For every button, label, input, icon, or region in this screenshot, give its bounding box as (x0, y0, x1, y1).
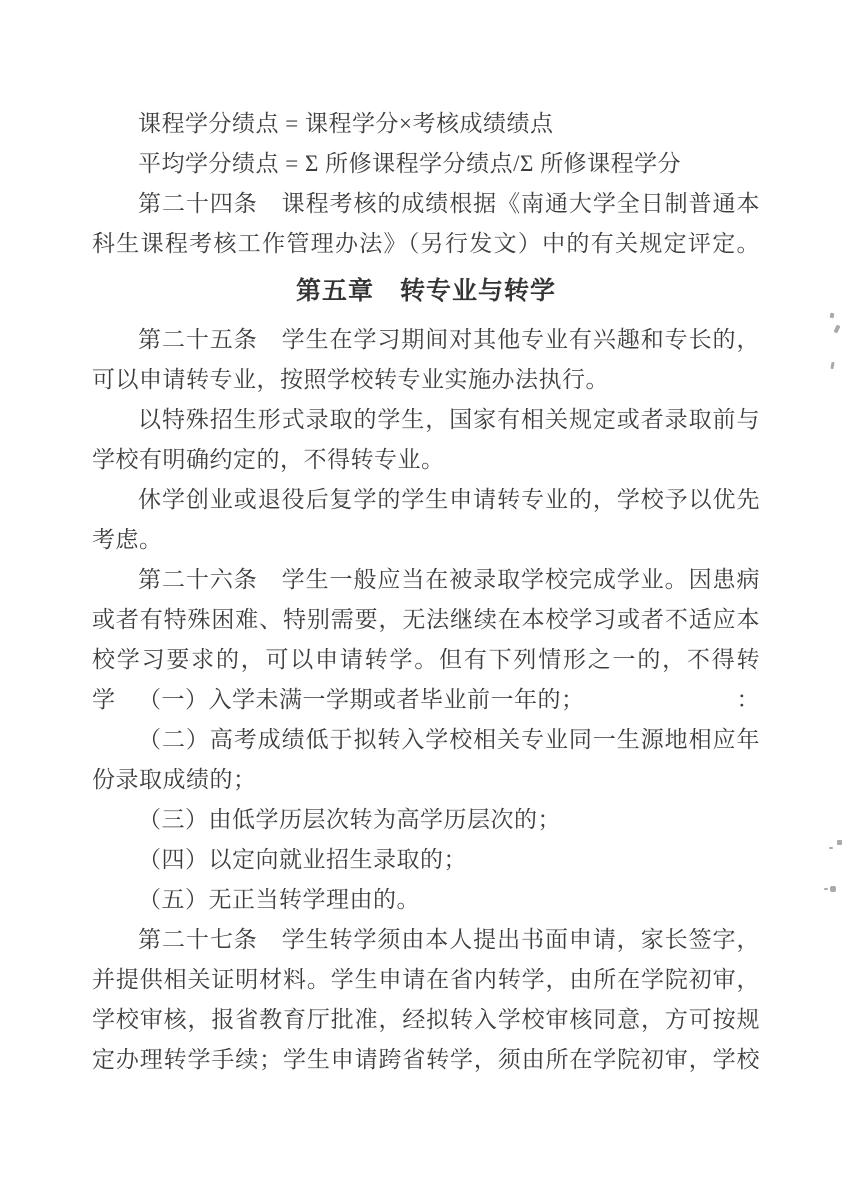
article-25-line: 以特殊招生形式录取的学生，国家有相关规定或者录取前与 (92, 400, 760, 440)
scan-speck (834, 325, 841, 334)
clause-3-line: （三）由低学历层次转为高学历层次的； (92, 800, 760, 840)
article-26-line: 校学习要求的，可以申请转学。但有下列情形之一的，不得转学： (92, 640, 760, 680)
clause-2-line: 份录取成绩的； (92, 760, 760, 800)
article-25-line: 可以申请转专业，按照学校转专业实施办法执行。 (92, 360, 760, 400)
article-26-line: 第二十六条 学生一般应当在被录取学校完成学业。因患病 (92, 560, 760, 600)
formula-line: 平均学分绩点 = Σ 所修课程学分绩点/Σ 所修课程学分 (92, 144, 760, 184)
article-25-line: 休学创业或退役后复学的学生申请转专业的，学校予以优先 (92, 480, 760, 520)
article-25-line: 第二十五条 学生在学习期间对其他专业有兴趣和专长的， (92, 320, 760, 360)
scan-speck (830, 313, 835, 319)
article-26-line: 或者有特殊困难、特别需要，无法继续在本校学习或者不适应本 (92, 600, 760, 640)
scan-speck (830, 886, 836, 892)
article-25-line: 学校有明确约定的，不得转专业。 (92, 440, 760, 480)
article-27-line: 第二十七条 学生转学须由本人提出书面申请，家长签字， (92, 920, 760, 960)
article-24-line: 第二十四条 课程考核的成绩根据《南通大学全日制普通本 (92, 184, 760, 224)
document-body: 课程学分绩点 = 课程学分×考核成绩绩点 平均学分绩点 = Σ 所修课程学分绩点… (92, 104, 760, 1080)
document-page: 课程学分绩点 = 课程学分×考核成绩绩点 平均学分绩点 = Σ 所修课程学分绩点… (0, 0, 849, 1200)
clause-5-line: （五）无正当转学理由的。 (92, 880, 760, 920)
article-27-line: 并提供相关证明材料。学生申请在省内转学，由所在学院初审， (92, 960, 760, 1000)
article-24-line: 科生课程考核工作管理办法》（另行发文）中的有关规定评定。 (92, 224, 760, 264)
scan-speck (829, 847, 833, 849)
article-27-line: 定办理转学手续；学生申请跨省转学，须由所在学院初审，学校 (92, 1040, 760, 1080)
scan-speck (830, 362, 834, 369)
article-25-line: 考虑。 (92, 520, 760, 560)
scan-speck (824, 888, 828, 890)
clause-4-line: （四）以定向就业招生录取的； (92, 840, 760, 880)
clause-2-line: （二）高考成绩低于拟转入学校相关专业同一生源地相应年 (92, 720, 760, 760)
scan-speck (837, 840, 842, 845)
formula-line: 课程学分绩点 = 课程学分×考核成绩绩点 (92, 104, 760, 144)
chapter-5-heading: 第五章 转专业与转学 (92, 272, 760, 312)
article-27-line: 学校审核，报省教育厅批准，经拟转入学校审核同意，方可按规 (92, 1000, 760, 1040)
